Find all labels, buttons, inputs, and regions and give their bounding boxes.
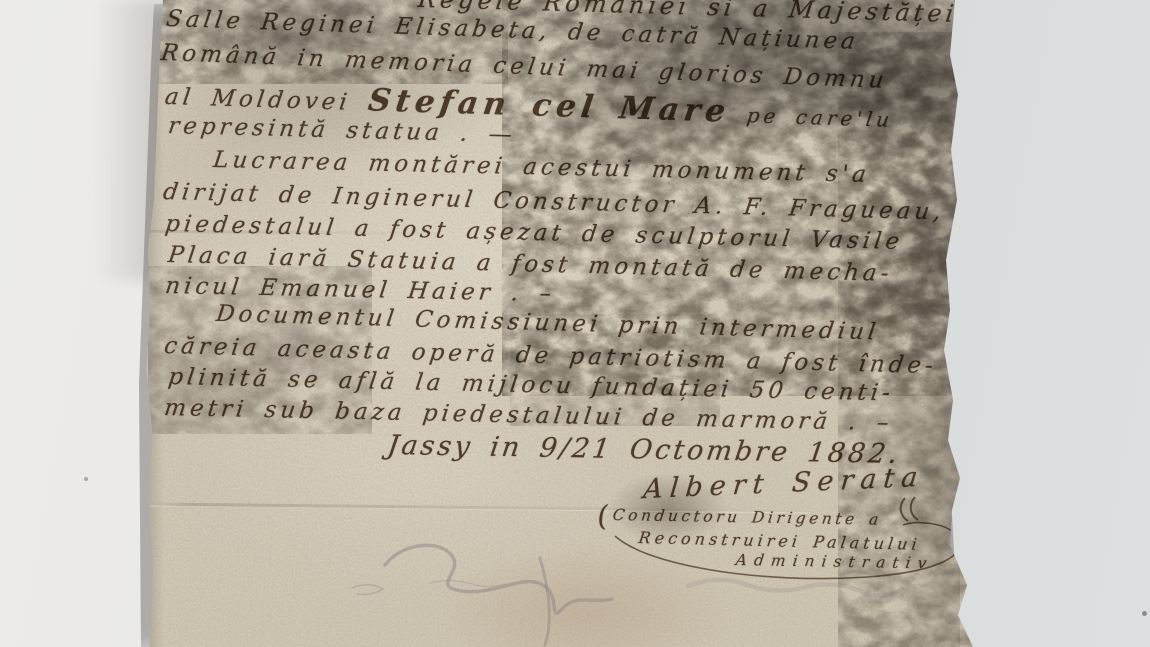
dust-speck — [84, 477, 88, 481]
photo-of-document: Regele României si a Majestăței Salle Re… — [0, 0, 1150, 647]
dust-speck — [1142, 611, 1147, 616]
